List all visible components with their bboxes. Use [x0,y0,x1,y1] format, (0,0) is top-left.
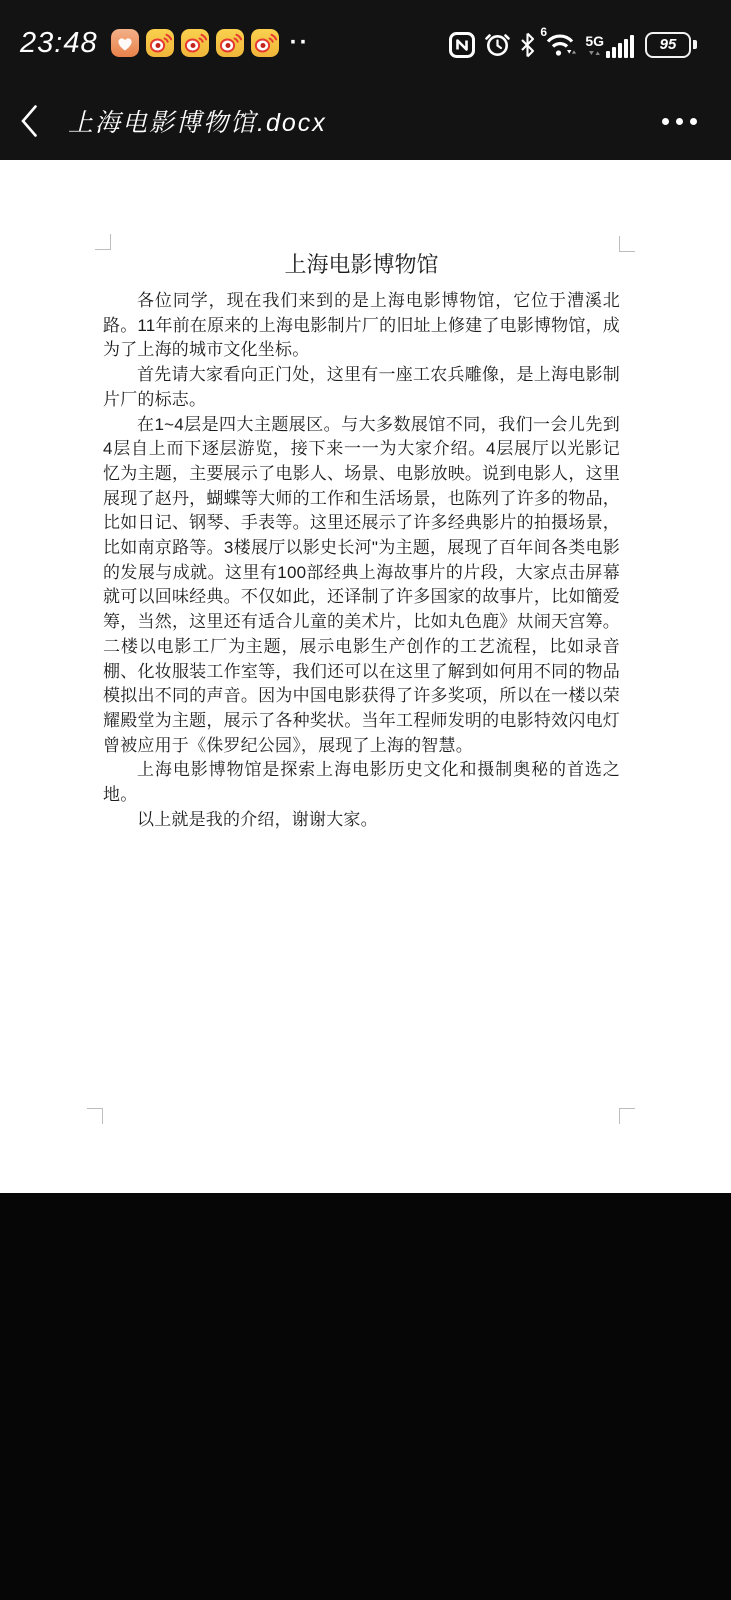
phone-screen: 23:48 [0,0,731,1600]
ellipsis-dot [676,118,683,125]
doc-paragraph: 首先请大家看向正门处，这里有一座工农兵雕像，是上海电影制片厂的标志。 [103,363,620,412]
more-menu-button[interactable] [662,118,697,125]
heart-app-icon [111,29,139,57]
wifi-icon: 6 [544,29,576,58]
battery-nub [693,40,697,49]
network-type-label: 5G [585,34,604,48]
status-bar-left: 23:48 [20,27,310,60]
wifi6-badge: 6 [540,25,547,39]
alarm-clock-icon [484,31,511,58]
signal-icon: 5G [585,32,636,58]
sim-traffic-arrows [588,48,602,58]
weibo-icon [181,29,209,57]
more-notifications-dots: ·· [290,33,310,53]
doc-page[interactable]: 上海电影博物馆 各位同学，现在我们来到的是上海电影博物馆，它位于漕溪北路。11年… [0,160,731,1193]
page-corner-mark-top-left [95,234,111,250]
doc-paragraph: 各位同学，现在我们来到的是上海电影博物馆，它位于漕溪北路。11年前在原来的上海电… [103,289,620,363]
battery-indicator: 95 [645,32,697,58]
signal-bars [606,32,636,58]
title-bar: 上海电影博物馆.docx [0,90,731,152]
doc-paragraph: 在1~4层是四大主题展区。与大多数展馆不同，我们一会儿先到4层自上而下逐层游览，… [103,413,620,759]
doc-paragraph: 以上就是我的介绍，谢谢大家。 [103,808,620,833]
doc-heading: 上海电影博物馆 [103,250,620,280]
weibo-icon [146,29,174,57]
battery-level: 95 [660,36,677,53]
nfc-icon [449,32,475,58]
document-body: 上海电影博物馆 各位同学，现在我们来到的是上海电影博物馆，它位于漕溪北路。11年… [103,250,620,832]
back-button[interactable] [20,101,54,141]
weibo-icon [216,29,244,57]
bottom-void [0,1193,731,1600]
page-corner-mark-top-right [619,236,635,252]
status-bar: 23:48 [0,18,731,68]
status-bar-right: 6 5G [449,29,697,58]
chevron-left-icon [20,104,38,138]
document-title: 上海电影博物馆.docx [68,103,662,139]
traffic-up-arrow [572,50,576,53]
ellipsis-dot [662,118,669,125]
page-corner-mark-bottom-left [87,1108,103,1124]
clock-time: 23:48 [20,27,98,60]
page-corner-mark-bottom-right [619,1108,635,1124]
bluetooth-icon [520,32,535,58]
ellipsis-dot [690,118,697,125]
doc-paragraph: 上海电影博物馆是探索上海电影历史文化和摄制奥秘的首选之地。 [103,758,620,807]
traffic-down-arrow [567,50,571,54]
weibo-icon [251,29,279,57]
